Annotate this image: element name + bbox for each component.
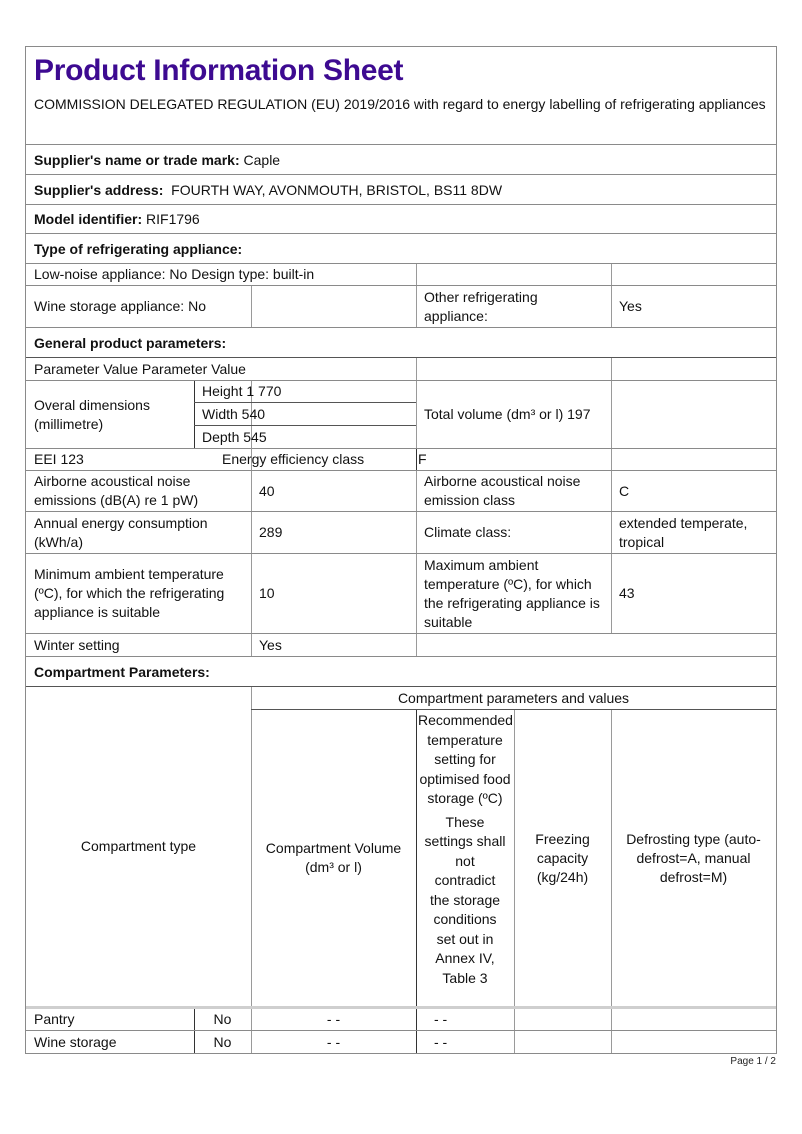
annual-energy-label: Annual energy consumption (kWh/a) xyxy=(26,512,251,553)
compartment-volume: - - xyxy=(251,1009,416,1030)
other-refrigerating-value: Yes xyxy=(611,286,776,327)
annual-energy-value: 289 xyxy=(251,512,416,553)
compartment-row-pantry: Pantry No - - - - xyxy=(26,1009,776,1031)
energy-class-value: F xyxy=(412,449,452,470)
supplier-address-value: FOURTH WAY, AVONMOUTH, BRISTOL, BS11 8DW xyxy=(171,182,502,198)
page-title: Product Information Sheet xyxy=(26,47,776,91)
type-heading-row: Type of refrigerating appliance: xyxy=(26,234,776,264)
compartment-temperature: - - xyxy=(426,1031,506,1053)
low-noise-row: Low-noise appliance: No Design type: bui… xyxy=(26,264,776,286)
recommended-temperature-text: Recommended temperature setting for opti… xyxy=(416,711,514,809)
general-heading: General product parameters: xyxy=(34,335,226,351)
compartment-header-block: Compartment type Compartment parameters … xyxy=(26,687,776,1009)
max-temperature-value: 43 xyxy=(611,554,776,633)
compartment-type: Pantry xyxy=(26,1009,194,1030)
noise-class-value: C xyxy=(611,471,776,511)
supplier-name-row: Supplier's name or trade mark: Caple xyxy=(26,145,776,175)
compartment-heading-row: Compartment Parameters: xyxy=(26,657,776,687)
winter-setting-row: Winter setting Yes xyxy=(26,634,776,657)
ambient-temperature-row: Minimum ambient temperature (ºC), for wh… xyxy=(26,554,776,634)
width-value: Width 540 xyxy=(194,403,416,425)
compartment-heading: Compartment Parameters: xyxy=(34,664,210,680)
compartment-group-header: Compartment parameters and values xyxy=(251,687,776,709)
supplier-address-row: Supplier's address: FOURTH WAY, AVONMOUT… xyxy=(26,175,776,205)
compartment-present: No xyxy=(194,1009,251,1030)
eei-value: EEI 123 xyxy=(26,449,216,470)
dimensions-row: Overal dimensions (millimetre) Height 1 … xyxy=(26,381,776,449)
depth-value: Depth 545 xyxy=(194,426,416,449)
compartment-type: Wine storage xyxy=(26,1031,194,1053)
climate-class-value: extended temperate, tropical xyxy=(611,512,776,553)
min-temperature-label: Minimum ambient temperature (ºC), for wh… xyxy=(26,554,251,633)
wine-storage-text: Wine storage appliance: No xyxy=(26,286,251,327)
title-block: Product Information Sheet COMMISSION DEL… xyxy=(26,47,776,145)
col-compartment-type: Compartment type xyxy=(26,687,251,1006)
total-volume: Total volume (dm³ or l) 197 xyxy=(416,381,611,448)
model-identifier-label: Model identifier: xyxy=(34,211,142,227)
noise-row: Airborne acoustical noise emissions (dB(… xyxy=(26,471,776,512)
product-information-sheet: Product Information Sheet COMMISSION DEL… xyxy=(25,46,777,1054)
col-defrosting-type: Defrosting type (auto-defrost=A, manual … xyxy=(611,710,776,1006)
noise-label: Airborne acoustical noise emissions (dB(… xyxy=(26,471,251,511)
eei-row: EEI 123 Energy efficiency class F xyxy=(26,449,776,471)
low-noise-design-text: Low-noise appliance: No Design type: bui… xyxy=(26,264,626,285)
compartment-volume: - - xyxy=(251,1031,416,1053)
storage-conditions-note: These settings shall not contradict the … xyxy=(416,809,514,989)
col-compartment-volume: Compartment Volume (dm³ or l) xyxy=(251,710,416,1006)
supplier-name-value: Caple xyxy=(244,152,281,168)
annual-energy-row: Annual energy consumption (kWh/a) 289 Cl… xyxy=(26,512,776,554)
general-heading-row: General product parameters: xyxy=(26,328,776,358)
climate-class-label: Climate class: xyxy=(416,512,611,553)
max-temperature-label: Maximum ambient temperature (ºC), for wh… xyxy=(416,554,611,633)
compartment-temperature: - - xyxy=(426,1009,506,1030)
parameter-header-text: Parameter Value Parameter Value xyxy=(26,358,416,380)
page-number: Page 1 / 2 xyxy=(730,1056,776,1067)
model-identifier-value: RIF1796 xyxy=(146,211,200,227)
compartment-present: No xyxy=(194,1031,251,1053)
energy-class-label: Energy efficiency class xyxy=(214,449,424,470)
winter-setting-label: Winter setting xyxy=(26,634,251,656)
wine-storage-row: Wine storage appliance: No Other refrige… xyxy=(26,286,776,328)
regulation-subtitle: COMMISSION DELEGATED REGULATION (EU) 201… xyxy=(26,91,776,122)
supplier-address-label: Supplier's address: xyxy=(34,182,163,198)
compartment-row-wine-storage: Wine storage No - - - - xyxy=(26,1031,776,1053)
noise-value: 40 xyxy=(251,471,416,511)
noise-class-label: Airborne acoustical noise emission class xyxy=(416,471,611,511)
model-identifier-row: Model identifier: RIF1796 xyxy=(26,205,776,234)
supplier-name-label: Supplier's name or trade mark: xyxy=(34,152,240,168)
other-refrigerating-label: Other refrigerating appliance: xyxy=(416,286,601,327)
col-recommended-temperature: Recommended temperature setting for opti… xyxy=(416,710,514,1006)
min-temperature-value: 10 xyxy=(251,554,416,633)
type-heading: Type of refrigerating appliance: xyxy=(34,241,242,257)
parameter-header-row: Parameter Value Parameter Value xyxy=(26,358,776,381)
dimensions-label: Overal dimensions (millimetre) xyxy=(26,381,194,448)
height-value: Height 1 770 xyxy=(194,381,416,402)
col-freezing-capacity: Freezing capacity (kg/24h) xyxy=(514,710,611,1006)
winter-setting-value: Yes xyxy=(251,634,416,656)
